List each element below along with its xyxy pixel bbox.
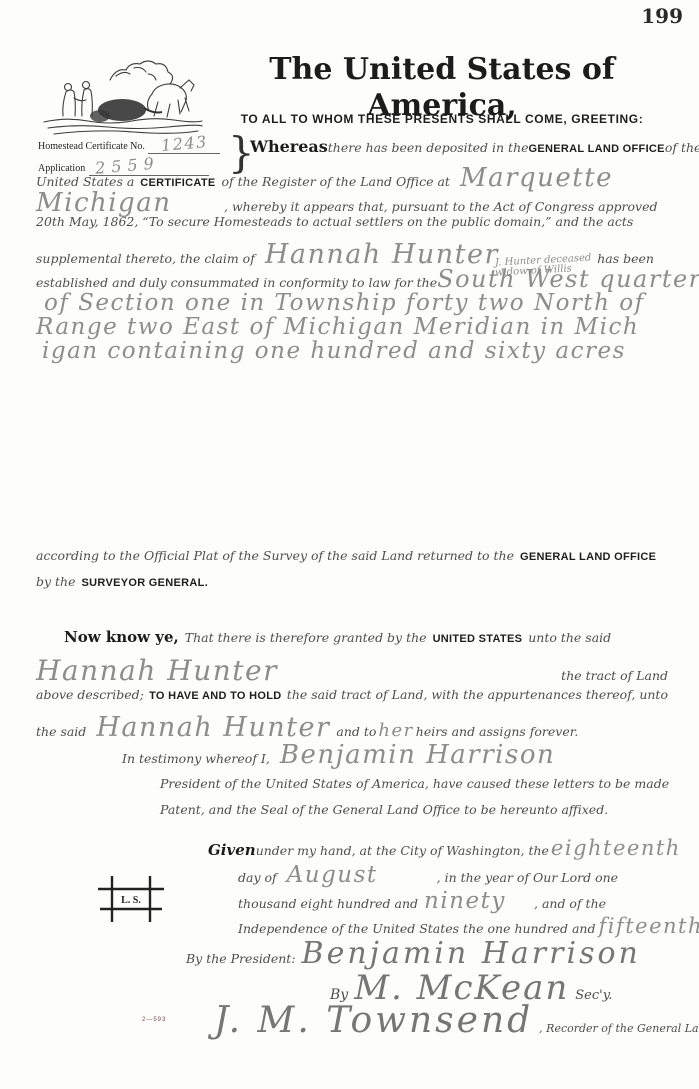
testimony-text: President of the United States of Americ… [160,776,669,791]
recorder-signature: J. M. Townsend [214,1000,533,1041]
given-paragraph: Given under my hand, at the City of Wash… [208,836,678,940]
testimony-text: In testimony whereof I, [122,751,270,766]
given-text: thousand eight hundred and [238,896,418,911]
grantee-entry: Hannah Hunter [36,654,278,687]
interlined-insertion: J. Hunter deceased widow of Willis [495,256,591,276]
grant-text: heirs and assigns forever. [416,724,579,739]
pronoun-entry: her [378,720,413,741]
surveyor-general-caps: SURVEYOR GENERAL. [82,577,209,589]
given-lead: Given [208,841,256,859]
month-entry: August [287,862,437,888]
grant-text: unto the said [528,630,611,645]
given-text: under my hand, at the City of Washington… [256,843,549,858]
certificate-caps: CERTIFICATE [140,177,215,189]
land-office-entry: Marquette [460,163,613,193]
seal-text: L. S. [121,895,141,906]
president-signature: Benjamin Harrison [302,936,641,971]
president-signature-line: By the President: Benjamin Harrison [186,936,641,971]
whereas-lead: Whereas [250,137,328,156]
day-entry: eighteenth [551,836,681,860]
tract-entry-4: igan containing one hundred and sixty ac… [42,338,626,364]
united-states-caps: UNITED STATES [433,633,523,645]
pastoral-engraving-icon [40,50,208,138]
whereas-text: of the [665,140,699,155]
year-entry: ninety [424,888,534,914]
plat-text: by the [36,574,76,589]
given-text: , and of the [534,896,606,911]
general-land-office-caps: GENERAL LAND OFFICE [529,143,665,155]
grantee-entry-2: Hannah Hunter [96,712,330,743]
tract-entry-2: of Section one in Township forty two Nor… [44,290,645,316]
whereas-text: of the Register of the Land Office at [221,174,449,189]
now-know-ye-lead: Now know ye, [64,628,179,646]
recorder-title: , Recorder of the General Land Office. [539,1022,699,1035]
grant-paragraph: Now know ye, That there is therefore gra… [36,628,668,742]
plat-paragraph: according to the Official Plat of the Su… [36,548,668,600]
form-number: 2—593 [142,1017,166,1023]
testimony-paragraph: In testimony whereof I, Benjamin Harriso… [122,740,668,828]
whereas-text: 20th May, 1862, “To secure Homesteads to… [36,214,633,229]
general-land-office-caps: GENERAL LAND OFFICE [520,551,656,563]
grant-text: the said tract of Land, with the appurte… [287,687,668,702]
tract-entry-3: Range two East of Michigan Meridian in M… [36,314,639,340]
independence-entry: fifteenth [598,914,699,938]
land-patent-document: 199 [0,0,699,1089]
page-number: 199 [641,4,683,28]
testimony-text: Patent, and the Seal of the General Land… [160,802,608,817]
seal-mark-icon: L. S. [98,876,164,922]
recorder-signature-line: J. M. Townsend , Recorder of the General… [214,1000,699,1041]
whereas-text: , whereby it appears that, pursuant to t… [224,199,658,214]
president-name-entry: Benjamin Harrison [280,740,555,770]
given-text: , in the year of Our Lord one [437,870,618,885]
whereas-text: there has been deposited in the [328,140,529,155]
whereas-paragraph: Whereas there has been deposited in the … [36,137,668,362]
seal-mark: L. S. [98,876,164,926]
to-have-and-to-hold-caps: TO HAVE AND TO HOLD [149,690,281,702]
by-president-label: By the President: [186,951,296,966]
grant-text: and to [336,724,376,739]
grant-text: above described; [36,687,144,702]
tract-of-land-text: the tract of Land [561,668,668,683]
whereas-text: established and duly consummated in conf… [36,275,437,290]
grant-text: the said [36,724,86,739]
given-text: day of [238,870,277,885]
plat-text: according to the Official Plat of the Su… [36,548,514,563]
given-text: Independence of the United States the on… [238,921,595,936]
greeting-line: TO ALL TO WHOM THESE PRESENTS SHALL COME… [212,112,672,126]
grant-text: That there is therefore granted by the [185,630,427,645]
whereas-text: United States a [36,174,134,189]
whereas-text: supplemental thereto, the claim of [36,251,255,266]
pastoral-engraving [40,50,208,138]
